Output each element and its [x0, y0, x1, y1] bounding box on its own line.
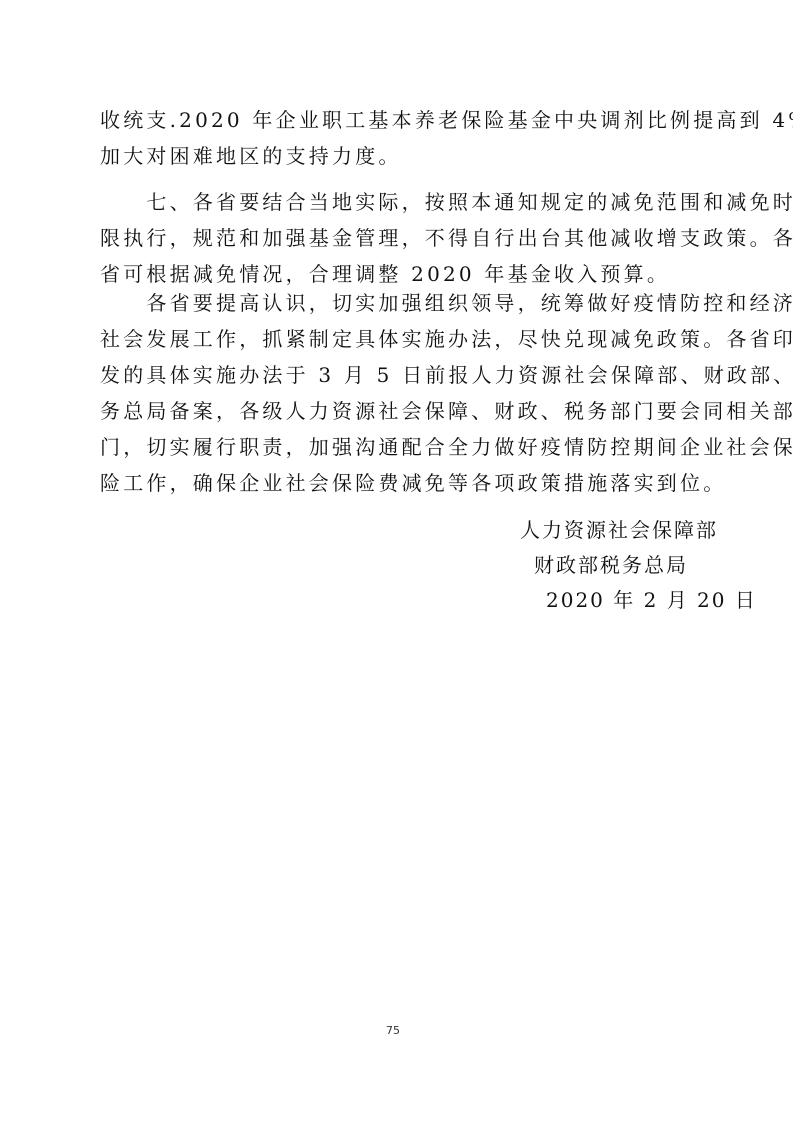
page-number: 75 [386, 1024, 400, 1037]
body-line: 七、各省要结合当地实际，按照本通知规定的减免范围和减免时 [100, 192, 700, 212]
body-line: 省可根据减免情况，合理调整 2020 年基金收入预算。 [100, 264, 700, 284]
body-line: 发的具体实施办法于 3 月 5 日前报人力资源社会保障部、财政部、税 [100, 365, 700, 385]
body-line: 限执行，规范和加强基金管理，不得自行出台其他减收增支政策。各 [100, 228, 700, 248]
body-line: 门，切实履行职责，加强沟通配合全力做好疫情防控期间企业社会保 [100, 437, 700, 457]
body-line: 务总局备案，各级人力资源社会保障、财政、税务部门要会同相关部 [100, 401, 700, 421]
body-line: 收统支.2020 年企业职工基本养老保险基金中央调剂比例提高到 4%， [100, 110, 700, 130]
body-line: 各省要提高认识，切实加强组织领导，统筹做好疫情防控和经济 [100, 293, 700, 313]
body-line: 加大对困难地区的支持力度。 [100, 146, 700, 166]
signature-org-finance-tax: 财政部税务总局 [534, 555, 688, 575]
signature-org-hrss: 人力资源社会保障部 [520, 520, 718, 540]
signature-date: 2020 年 2 月 20 日 [546, 590, 757, 610]
body-line: 社会发展工作，抓紧制定具体实施办法，尽快兑现减免政策。各省印 [100, 329, 700, 349]
document-page: 收统支.2020 年企业职工基本养老保险基金中央调剂比例提高到 4%， 加大对困… [0, 0, 793, 1121]
body-line: 险工作，确保企业社会保险费减免等各项政策措施落实到位。 [100, 473, 700, 493]
